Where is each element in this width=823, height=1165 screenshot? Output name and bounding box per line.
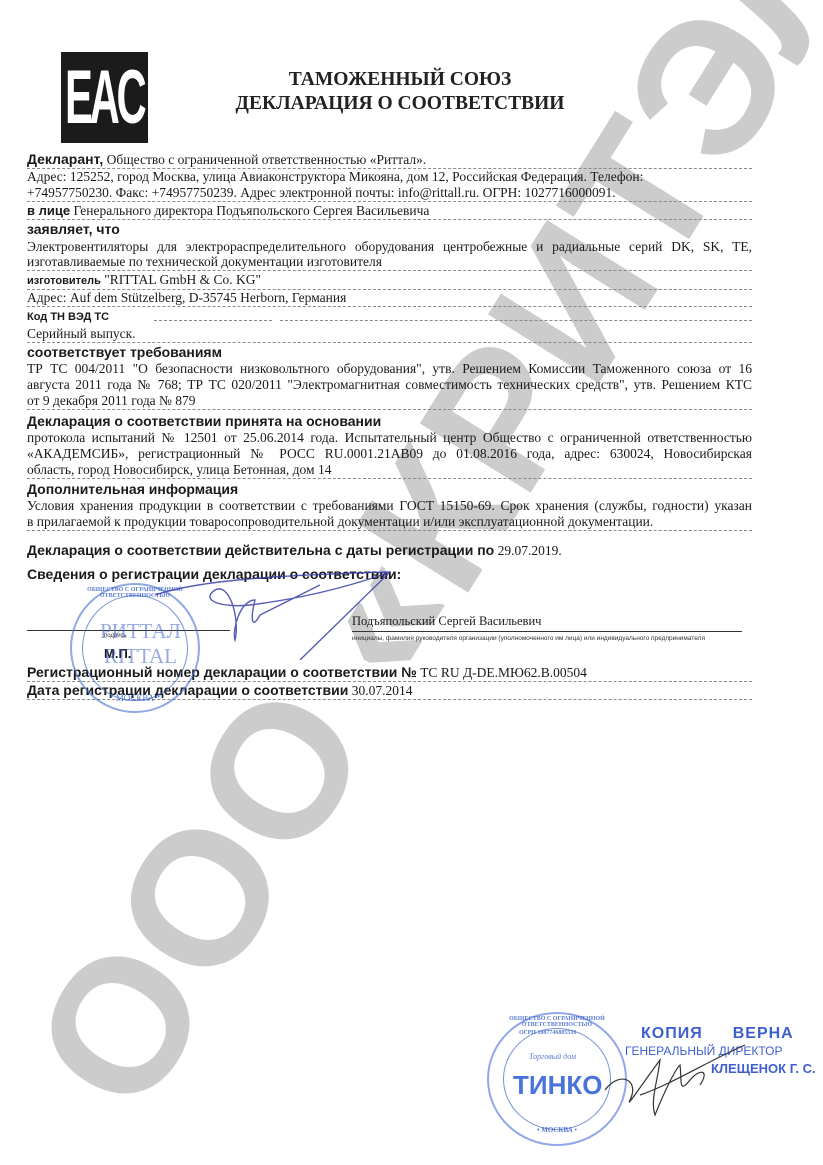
requirements-line-3: от 9 декабря 2011 года № 879 — [27, 393, 752, 410]
validity-date: 29.07.2019. — [494, 543, 562, 558]
basis-line-3: область, город Новосибирск, улица Бетонн… — [27, 462, 752, 479]
declarant-label: Декларант, — [27, 151, 103, 167]
manufacturer-address: Адрес: Auf dem Stützelberg, D-35745 Herb… — [27, 290, 752, 307]
validity-label: Декларация о соответствии действительна … — [27, 542, 494, 558]
registration-date-value: 30.07.2014 — [348, 683, 412, 698]
manufacturer-label: изготовитель — [27, 275, 101, 287]
tinko-stamp-ogrn: ОГРН 1087746885516 — [519, 1030, 576, 1036]
product-line-1: Электровентиляторы для электрораспредели… — [27, 239, 752, 255]
signature-rittal — [140, 570, 400, 660]
signature-tinko — [600, 1040, 750, 1120]
product-line-2: изготавливаемые по технической документа… — [27, 254, 752, 271]
eac-logo: EAC — [61, 52, 148, 143]
basis-heading: Декларация о соответствии принята на осн… — [27, 413, 752, 429]
tn-ved-row: Код ТН ВЭД ТС — [27, 308, 752, 325]
tn-ved-label: Код ТН ВЭД ТС — [27, 311, 109, 323]
declarant-address-line-2: +74957750230. Факс: +74957750239. Адрес … — [27, 185, 752, 202]
tinko-stamp-ring-text: ОБЩЕСТВО С ОГРАНИЧЕННОЙ ОТВЕТСТВЕННОСТЬЮ — [489, 1016, 625, 1028]
statement-heading: заявляет, что — [27, 221, 752, 237]
requirements-line-1: ТР ТС 004/2011 "О безопасности низковоль… — [27, 361, 752, 377]
manufacturer-value: "RITTAL GmbH & Co. KG" — [101, 272, 261, 287]
rittal-stamp-city: * МОСКВА * — [72, 693, 198, 703]
additional-heading: Дополнительная информация — [27, 481, 752, 497]
tn-ved-field-1 — [154, 320, 272, 321]
declarant-name: Общество с ограниченной ответственностью… — [103, 152, 426, 167]
tinko-stamp-subtitle: Торговый дом — [529, 1052, 576, 1061]
eac-logo-text: EAC — [65, 60, 143, 136]
validity-row: Декларация о соответствии действительна … — [27, 542, 752, 559]
name-caption: инициалы, фамилия руководителя организац… — [352, 635, 705, 642]
name-underline — [352, 631, 742, 632]
additional-line-1: Условия хранения продукции в соответстви… — [27, 498, 752, 514]
tn-ved-field-2 — [280, 320, 752, 321]
requirements-heading: соответствует требованиям — [27, 344, 752, 360]
represented-row: в лице Генерального директора Подъяпольс… — [27, 203, 752, 220]
registration-number-value: ТС RU Д-DE.МЮ62.В.00504 — [417, 665, 587, 680]
represented-value: Генерального директора Подъяпольского Се… — [70, 203, 429, 218]
declarant-address-line-1: Адрес: 125252, город Москва, улица Авиак… — [27, 169, 752, 185]
basis-line-1: протокола испытаний № 12501 от 25.06.201… — [27, 430, 752, 446]
additional-line-2: в прилагаемой к продукции товаросопровод… — [27, 514, 752, 531]
tinko-stamp-city: • МОСКВА • — [489, 1126, 625, 1134]
basis-line-2: «АКАДЕМСИБ», регистрационный № РОСС RU.0… — [27, 446, 752, 462]
page-title: ТАМОЖЕННЫЙ СОЮЗ ДЕКЛАРАЦИЯ О СООТВЕТСТВИ… — [200, 68, 600, 116]
requirements-line-2: августа 2011 года № 768; ТР ТС 020/2011 … — [27, 377, 752, 393]
represented-label: в лице — [27, 203, 70, 218]
title-line-2: ДЕКЛАРАЦИЯ О СООТВЕТСТВИИ — [200, 92, 600, 116]
declaration-page: ООО «КРИТЭЛ» EAC ТАМОЖЕННЫЙ СОЮЗ ДЕКЛАРА… — [0, 0, 823, 1165]
tinko-stamp-brand: ТИНКО — [513, 1070, 602, 1101]
release-type: Серийный выпуск. — [27, 326, 752, 343]
declarant-row: Декларант, Общество с ограниченной ответ… — [27, 151, 752, 169]
title-line-1: ТАМОЖЕННЫЙ СОЮЗ — [200, 68, 600, 92]
manufacturer-row: изготовитель "RITTAL GmbH & Co. KG" — [27, 272, 752, 290]
